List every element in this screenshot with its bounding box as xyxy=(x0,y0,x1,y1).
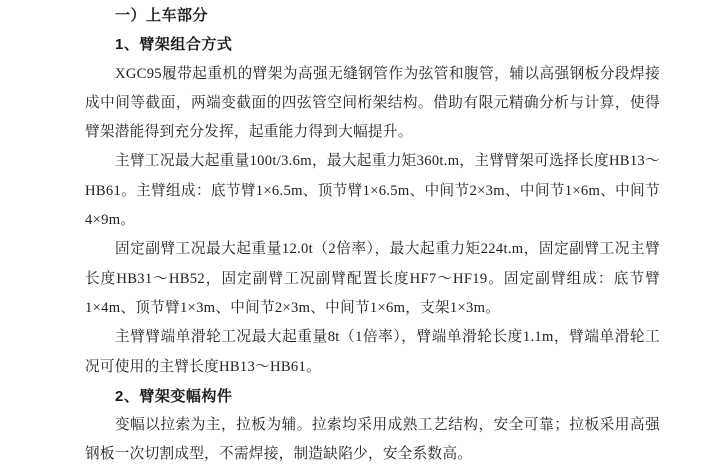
section-heading-shangche: 一）上车部分 xyxy=(85,1,660,30)
paragraph-fixed-jib-config: 固定副臂工况最大起重量12.0t（2倍率），最大起重力矩224t.m，固定副臂工… xyxy=(85,235,660,323)
subsection-heading-bijia-bianfu: 2、臂架变幅构件 xyxy=(85,382,660,411)
paragraph-luffing-components: 变幅以拉索为主，拉板为辅。拉索均采用成熟工艺结构，安全可靠；拉板采用高强钢板一次… xyxy=(85,411,660,470)
subsection-heading-bijia-zuhe: 1、臂架组合方式 xyxy=(85,30,660,59)
paragraph-main-boom-config: 主臂工况最大起重量100t/3.6m，最大起重力矩360t.m，主臂臂架可选择长… xyxy=(85,147,660,235)
document-page: 一）上车部分 1、臂架组合方式 XGC95履带起重机的臂架为高强无缝钢管作为弦管… xyxy=(0,0,714,475)
paragraph-boom-structure: XGC95履带起重机的臂架为高强无缝钢管作为弦管和腹管，辅以高强钢板分段焊接成中… xyxy=(85,60,660,148)
paragraph-single-sheave-config: 主臂臂端单滑轮工况最大起重量8t（1倍率），臂端单滑轮长度1.1m，臂端单滑轮工… xyxy=(85,323,660,382)
